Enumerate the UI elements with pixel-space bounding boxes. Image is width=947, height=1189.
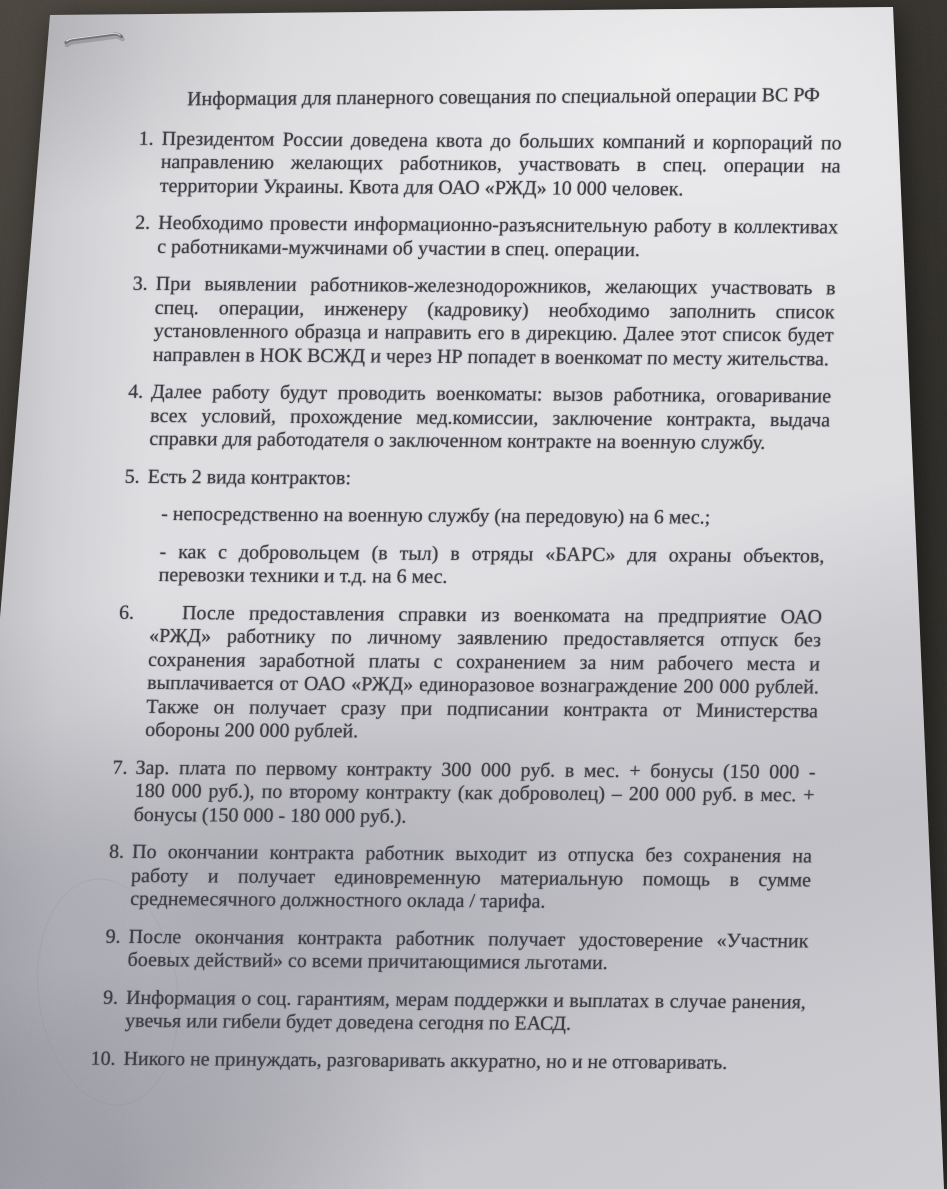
item-number: 7. — [89, 756, 136, 827]
document-paper: Информация для планерного совещания по с… — [0, 0, 947, 1189]
item-text: Далее работу будут проводить военкоматы:… — [149, 381, 832, 456]
list-item-9b: 9. Информация о соц. гарантиям, мерам по… — [81, 986, 807, 1038]
item-number: 9. — [83, 925, 129, 972]
item-number: 10. — [79, 1047, 124, 1071]
item-text: Никого не принуждать, разговаривать акку… — [123, 1047, 804, 1075]
item-text: При выявлении работников-железнодорожник… — [152, 273, 836, 372]
list-item-1: 1. Президентом России доведена квота до … — [115, 127, 842, 202]
item-number: 4. — [105, 381, 152, 452]
list-item-10: 10. Никого не принуждать, разговаривать … — [79, 1047, 804, 1075]
list-item-8: 8. По окончании контракта работник выход… — [86, 841, 813, 916]
document-title: Информация для планерного совещания по с… — [163, 84, 844, 112]
photo-scene: Информация для планерного совещания по с… — [0, 0, 947, 1189]
document-content: Информация для планерного совещания по с… — [79, 84, 844, 1076]
item-text: После окончания контракта работник получ… — [127, 925, 809, 977]
paper-shadow-wrap: Информация для планерного совещания по с… — [0, 0, 947, 1189]
item-number: 1. — [115, 127, 162, 198]
item-text: По окончании контракта работник выходит … — [130, 841, 813, 916]
list-item-6: 6. После предоставления справки из военк… — [93, 601, 823, 747]
item-text: Информация о соц. гарантиям, мерам подде… — [125, 986, 807, 1038]
list-item-4: 4. Далее работу будут проводить военкома… — [105, 381, 832, 456]
item-text: После предоставления справки из военкома… — [137, 601, 823, 747]
item-text: Есть 2 вида контрактов: - непосредственн… — [143, 465, 828, 592]
list-item-9a: 9. После окончания контракта работник по… — [83, 925, 809, 977]
item-number: 5. — [99, 465, 148, 587]
item-number: 9. — [81, 986, 127, 1033]
item-text: Зар. плата по первому контракту 300 000 … — [133, 756, 816, 831]
list-item-3: 3. При выявлении работников-железнодорож… — [108, 273, 836, 372]
list-item-7: 7. Зар. плата по первому контракту 300 0… — [89, 756, 816, 831]
item-text: Необходимо провести информационно-разъяс… — [157, 212, 839, 264]
item-number: 6. — [93, 601, 143, 742]
contract-type-frontline: - непосредственно на военную службу (на … — [146, 503, 827, 531]
contract-type-volunteer: - как с добровольцем (в тыл) в отряды «Б… — [143, 540, 825, 592]
item-text: Есть 2 вида контрактов: — [147, 465, 828, 493]
item-number: 2. — [113, 212, 159, 259]
staple-icon — [61, 26, 129, 48]
item-text: Президентом России доведена квота до бол… — [159, 127, 842, 202]
list-item-2: 2. Необходимо провести информационно-раз… — [113, 212, 839, 264]
item-number: 8. — [86, 841, 133, 912]
item-number: 3. — [108, 273, 156, 367]
list-item-5: 5. Есть 2 вида контрактов: - непосредств… — [99, 465, 828, 592]
